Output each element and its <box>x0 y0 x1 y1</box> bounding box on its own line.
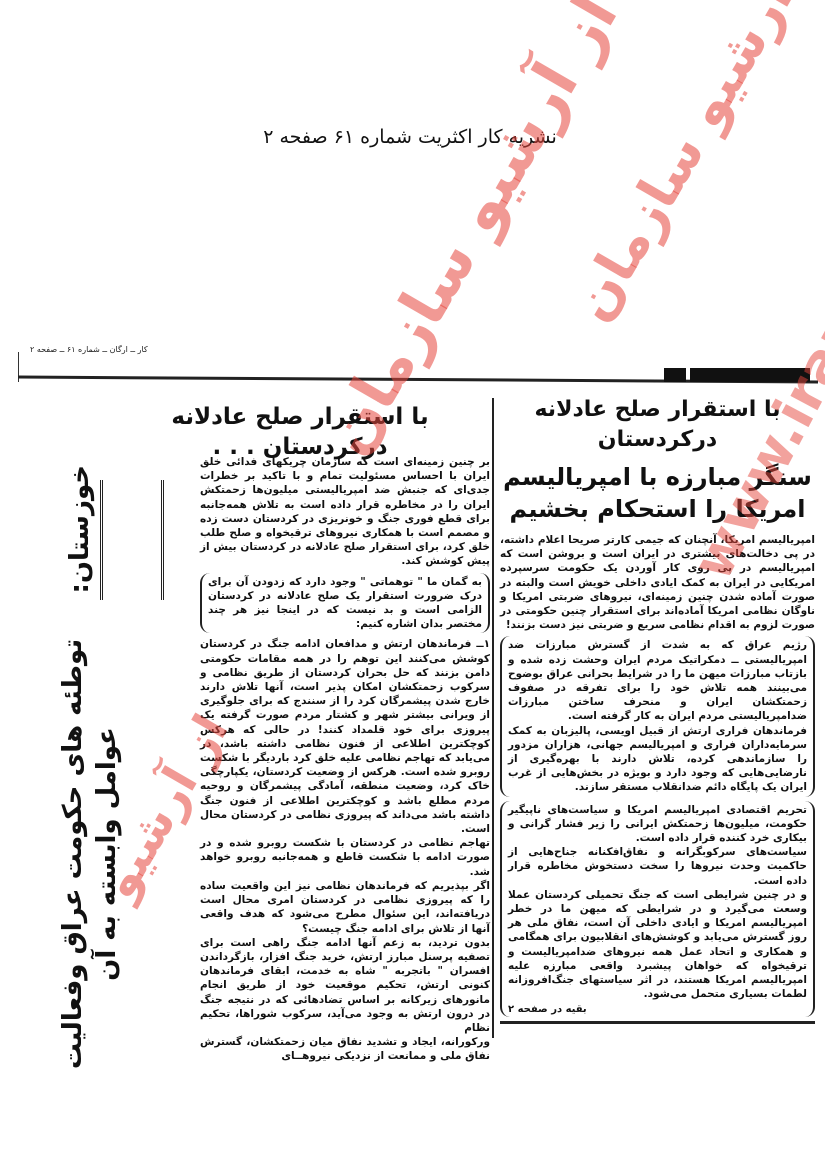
bottom-rule <box>500 1021 815 1024</box>
left-article-kicker: خوزستان: <box>65 465 95 585</box>
middle-paragraph: ورکورانه، ایجاد و تشدید نفاق میان زحمتکش… <box>200 1035 490 1063</box>
middle-bracketed-text: به گمان ما " توهماتی " وجود دارد که زدود… <box>208 575 482 632</box>
page-title: نشریه کار اکثریت شماره ۶۱ صفحه ۲ <box>200 126 620 148</box>
right-paragraph: و در چنین شرایطی است که جنگ تحمیلی کردست… <box>508 888 807 1002</box>
middle-paragraph: بر چنین زمینه‌ای است که سازمان چریکهای ف… <box>200 455 490 569</box>
column-separator <box>492 398 494 1038</box>
middle-paragraph: تهاجم نظامی در کردستان با شکست روبرو شده… <box>200 836 490 879</box>
watermark-text: ارشیو سازمان <box>560 0 805 331</box>
right-paragraph: تحریم اقتصادی امپریالیسم امریکا و سیاست‌… <box>508 803 807 846</box>
continued-note: بقیه در صفحه ۲ <box>508 1004 807 1015</box>
right-paragraph: امپریالیسم امریکا، آنچنان که جیمی کارتر … <box>500 533 815 632</box>
right-paragraph: فرماندهان فراری ارتش از قبیل اویسی، پالی… <box>508 724 807 795</box>
right-paragraph: رژیم عراق که به شدت از گسترش مبارزات ضد … <box>508 638 807 723</box>
right-bracketed-block-2: تحریم اقتصادی امپریالیسم امریکا و سیاست‌… <box>500 801 815 1017</box>
masthead-block <box>664 368 686 382</box>
middle-paragraph: بدون تردید، به زعم آنها ادامه جنگ راهی ا… <box>200 936 490 1035</box>
right-paragraph: سیاست‌های سرکوبگرانه و نفاق‌افکنانه جناح… <box>508 845 807 888</box>
running-head: کار ــ ارگان ــ شماره ۶۱ ــ صفحه ۲ <box>30 345 148 354</box>
middle-paragraph: اگر بپذیریم که فرماندهان نظامی نیز این و… <box>200 879 490 936</box>
left-article-headline: توطئه های حکومت عراق وفعالیت عوامل وابست… <box>56 634 124 1074</box>
middle-article-headline: با استقرار صلح عادلانه درکردستان . . . <box>110 402 490 462</box>
middle-paragraph: ۱ــ فرماندهان ارتش و مدافعان ادامه جنگ د… <box>200 637 490 836</box>
left-kicker-frame <box>100 480 164 600</box>
right-bracketed-block-1: رژیم عراق که به شدت از گسترش مبارزات ضد … <box>500 636 815 796</box>
middle-article: بر چنین زمینه‌ای است که سازمان چریکهای ف… <box>200 455 490 1064</box>
middle-bracketed-note: به گمان ما " توهماتی " وجود دارد که زدود… <box>200 573 490 634</box>
left-article: خوزستان: توطئه های حکومت عراق وفعالیت عو… <box>40 470 170 1030</box>
